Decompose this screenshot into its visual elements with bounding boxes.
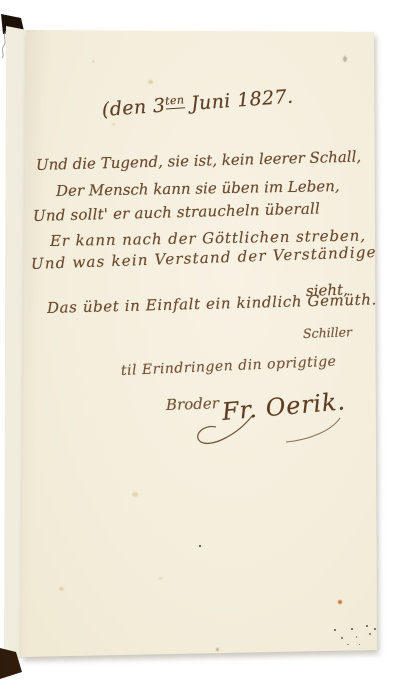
speckle (366, 625, 368, 627)
dedication-line: Broder (166, 394, 219, 414)
date-prefix: den 3 (109, 95, 166, 121)
attribution: Schiller (303, 324, 352, 341)
date-ordinal-superscript: ten (165, 93, 185, 109)
foxing-spot (216, 648, 219, 651)
foxing-spot (338, 600, 342, 604)
speckle (334, 629, 336, 631)
ink-speck (199, 545, 201, 547)
foxing-spot (59, 587, 64, 591)
speckle (359, 644, 360, 645)
ink-speck (18, 69, 20, 72)
foxing-spot (159, 577, 163, 580)
verse-line: Der Mensch kann sie üben im Leben, (56, 177, 340, 200)
dedication-line: til Erindringen din oprigtige (121, 354, 337, 379)
foxing-spot (148, 80, 153, 84)
signature-flourish (190, 414, 360, 462)
book-photograph: (den 3ten Juni 1827. Und die Tugend, sie… (0, 0, 420, 700)
speckle (356, 636, 357, 638)
foxing-spot (132, 492, 138, 497)
verse-line: Und sollt' er auch straucheln überall (33, 199, 320, 225)
page-shadow-wrap: (den 3ten Juni 1827. Und die Tugend, sie… (0, 0, 420, 700)
foxing-spot (343, 56, 347, 62)
foxing-spot (92, 60, 95, 63)
date-line: (den 3ten Juni 1827. (101, 86, 294, 121)
speckle (351, 628, 353, 630)
speckle (369, 633, 371, 635)
speckle (374, 628, 376, 630)
date-rest: Juni 1827. (184, 86, 294, 116)
verse-line: Das übet in Einfalt ein kindlich Gemüth. (47, 290, 377, 317)
speckle (347, 644, 349, 645)
album-page: (den 3ten Juni 1827. Und die Tugend, sie… (0, 0, 420, 700)
verse-line: Und die Tugend, sie ist, kein leerer Sch… (36, 147, 362, 174)
foxing-spot (112, 123, 115, 126)
speckle (341, 637, 343, 639)
